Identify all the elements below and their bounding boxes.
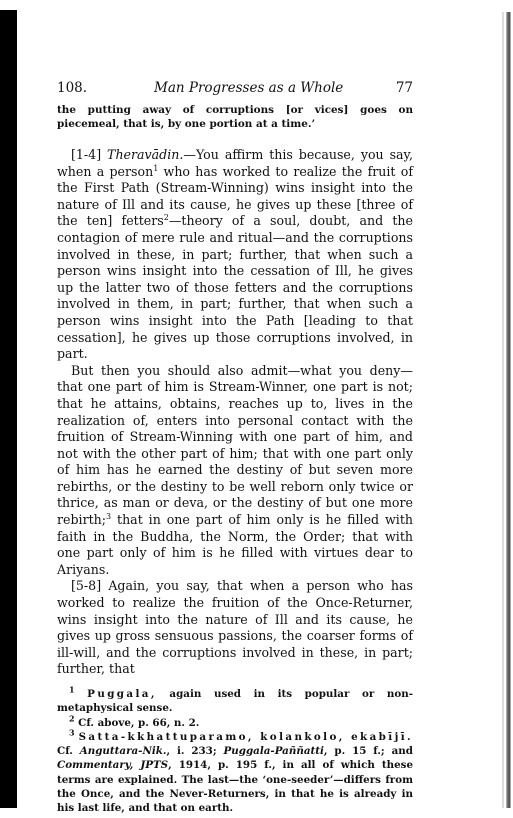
footnotes: 1 Puggala, again used in its popular or …: [57, 687, 413, 816]
footnote-number: 1: [69, 685, 75, 695]
paragraph-text: —theory of a soul, doubt, and the contag…: [57, 213, 413, 361]
paragraph-marker: [1-4]: [71, 147, 101, 162]
footnote-term: Satta-kkhattuparamo, kolankolo, ekabījī.: [79, 731, 413, 743]
footnote-text: , p. 15 f.; and: [324, 745, 413, 757]
page-title: Man Progresses as a Whole: [154, 80, 343, 96]
footnote-number: 2: [69, 713, 75, 723]
footnote-text: Cf. above, p. 66, n. 2.: [78, 717, 199, 729]
citation-title: Puggala-Paññatti: [224, 745, 324, 757]
footnote-2: 2 Cf. above, p. 66, n. 2.: [57, 716, 413, 730]
footnote-3: 3 Satta-kkhattuparamo, kolankolo, ekabīj…: [57, 730, 413, 816]
section-number: 108.: [57, 80, 87, 96]
paragraph-1: [1-4] Theravādin.—You affirm this becaus…: [57, 147, 413, 363]
scan-edge-left: [0, 10, 17, 808]
paragraph-text: Again, you say, that when a person who h…: [57, 578, 413, 676]
footnote-text: , i. 233;: [167, 745, 224, 757]
footnote-term: Puggala,: [87, 688, 157, 700]
paragraph-text: that in one part of him only is he fille…: [57, 512, 413, 577]
citation-title: Anguttara-Nik.: [80, 745, 167, 757]
paragraph-3: [5-8] Again, you say, that when a person…: [57, 578, 413, 678]
main-text: [1-4] Theravādin.—You affirm this becaus…: [57, 147, 413, 678]
citation-title: Commentary, JPTS: [57, 759, 168, 771]
footnote-number: 3: [69, 727, 75, 737]
running-head: 108. Man Progresses as a Whole 77: [57, 80, 413, 96]
paragraph-text: But then you should also admit—what you …: [57, 363, 413, 527]
opening-quote-text: the putting away of corruptions [or vice…: [57, 103, 413, 131]
paragraph-2: But then you should also admit—what you …: [57, 363, 413, 579]
paragraph-marker: [5-8]: [71, 578, 101, 593]
opening-quote: the putting away of corruptions [or vice…: [57, 103, 413, 131]
footnote-1: 1 Puggala, again used in its popular or …: [57, 687, 413, 716]
footnote-text: Cf.: [57, 745, 80, 757]
scan-edge-right: [502, 12, 511, 808]
page-number: 77: [396, 80, 413, 96]
speaker-name: Theravādin.: [107, 147, 183, 162]
